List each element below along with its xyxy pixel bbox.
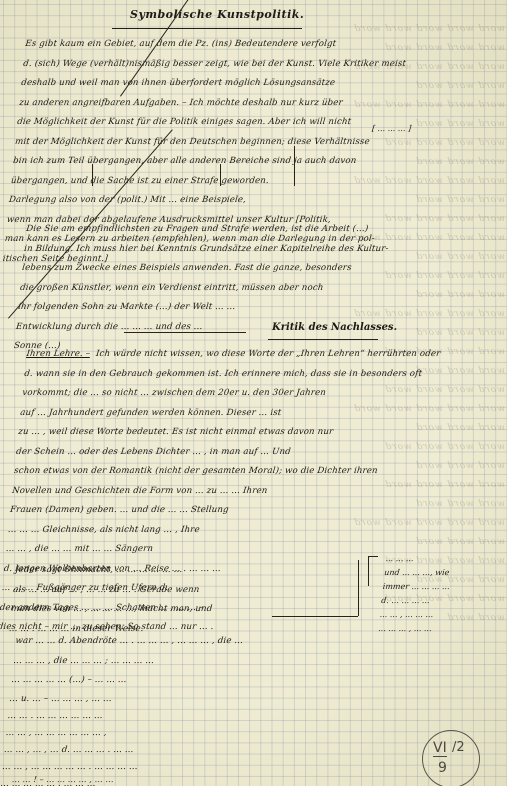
paragraph-2: Die Sie am empfindlichsten zu Fragen und… (13, 220, 392, 357)
insert-mark (220, 164, 221, 186)
text-line: d. wann sie in den Gebrauch gekommen ist… (23, 365, 439, 385)
text-line: und ... ... ..., wie (383, 566, 451, 580)
text-line: Novellen und Geschichten die Form von ..… (11, 482, 427, 502)
margin-bracket-top (368, 556, 378, 557)
text-line: d. (sich) Wege (verhält)nismäßig besser … (22, 55, 407, 75)
text-line: vorkommt; die ... so nicht ... zwischen … (21, 384, 437, 404)
text-line: in Bildung. Ich muss hier bei Kenntnis G… (23, 240, 389, 260)
text-line: deshalb und weil man von ihnen überforde… (20, 74, 405, 94)
text-line: ... ... . ... ... ... ... ... ... (7, 708, 236, 725)
text-line: ... ... , ... , ... d. ... ... ... . ...… (3, 742, 232, 759)
page-number: 9 (438, 760, 447, 776)
title-underline (112, 28, 302, 29)
text-line: Jeder sagt Ohnmacht, ... ... ... ... ...… (14, 561, 217, 581)
text-line: die großen Künstler, wenn ein Verdienst … (19, 279, 385, 299)
text-line: ... ... , ... ... ... (379, 608, 447, 622)
section-divider (124, 332, 246, 333)
text-line: ... ... ... , die ... ... ... ; ... ... … (12, 652, 242, 672)
insert-mark (92, 164, 93, 186)
text-line: zu anderen angreifbaren Aufgaben. – Ich … (18, 94, 403, 114)
text-line: d. ... ... ... ... (381, 594, 449, 608)
paragraph-5: war ... ... d. Abendröte ... . ... ... .… (0, 632, 244, 786)
box-underline (272, 616, 358, 617)
margin-note-block: ... ... ... und ... ... ..., wie immer .… (378, 552, 454, 636)
page-title: Symbolische Kunstpolitik. (130, 8, 304, 21)
text-line: man dies von ... , ... ... ... ..., mach… (10, 600, 213, 620)
text-line: Darlegung also von der (polit.) Mit ... … (8, 191, 393, 211)
page-sub: /2 (452, 740, 465, 755)
text-line: Es gibt kaum ein Gebiet, auf dem die Pz.… (24, 35, 409, 55)
text-line: zu ... , weil diese Worte bedeutet. Es i… (17, 423, 433, 443)
page-number-stamp: VI /2 9 (422, 730, 480, 786)
text-line: mit der Möglichkeit der Kunst für den De… (14, 133, 399, 153)
text-line: Ihren Lehre. – Ich würde nicht wissen, w… (25, 345, 441, 365)
text-line: ... ... ... Gleichnisse, als nicht lang … (7, 521, 423, 541)
margin-bracket (368, 556, 369, 586)
section-heading: Kritik des Nachlasses. (272, 322, 397, 333)
text-line: ... ... , ... ... ... ... ... . ... ... … (1, 759, 230, 776)
lead-term: Ihren Lehre. – (26, 349, 91, 359)
text-line: auf ... Jahrhundert gefunden werden könn… (19, 404, 435, 424)
text-line: ... ... ! – ... ... ... ... , ... ... (12, 775, 115, 784)
text-line: als ... ... auf ... , ... ... zu ... . G… (12, 581, 215, 601)
insert-mark (294, 146, 295, 186)
text-line: die Möglichkeit der Kunst für die Politi… (16, 113, 401, 133)
text-line: ... ... , die ... ... mit ... ... Sänger… (5, 540, 421, 560)
text-line: Frauen (Damen) geben. ... und die ... ..… (9, 501, 425, 521)
paragraph-4: Jeder sagt Ohnmacht, ... ... ... ... ...… (8, 561, 217, 639)
box-right-edge (358, 560, 359, 616)
text-line: war ... ... d. Abendröte ... . ... ... .… (14, 632, 244, 652)
text-line: ... ... ... (385, 552, 453, 566)
text-line: schon etwas von der Romantik (nicht der … (13, 462, 429, 482)
text-line: bin ich zum Teil übergangen, aber alle a… (12, 152, 397, 172)
text-line: lebens zum Zwecke eines Beispiels anwend… (21, 259, 387, 279)
text-line: der Schein ... oder des Lebens Dichter .… (15, 443, 431, 463)
page-roman: VI (433, 741, 447, 757)
text-line: ... ... ... , ... ... (378, 622, 446, 636)
text-line: ... u. ... – ... ... ... , ... ... (8, 691, 237, 708)
text-line: immer ... ... ... ... (382, 580, 450, 594)
heading-underline (268, 339, 378, 340)
text-line: ... ... ... ... ... (...) – ... ... ... (10, 671, 240, 691)
text-line: ihr folgenden Sohn zu Markte (...) der W… (17, 298, 383, 318)
margin-note: [ ... ... ... ] (372, 124, 412, 133)
text-line: übergangen, und die Sache ist zu einer S… (10, 172, 395, 192)
manuscript-page: word word word word wordword word word w… (0, 0, 507, 786)
text-line: ... ... , ... ... ... ... ... ... , (5, 725, 234, 742)
